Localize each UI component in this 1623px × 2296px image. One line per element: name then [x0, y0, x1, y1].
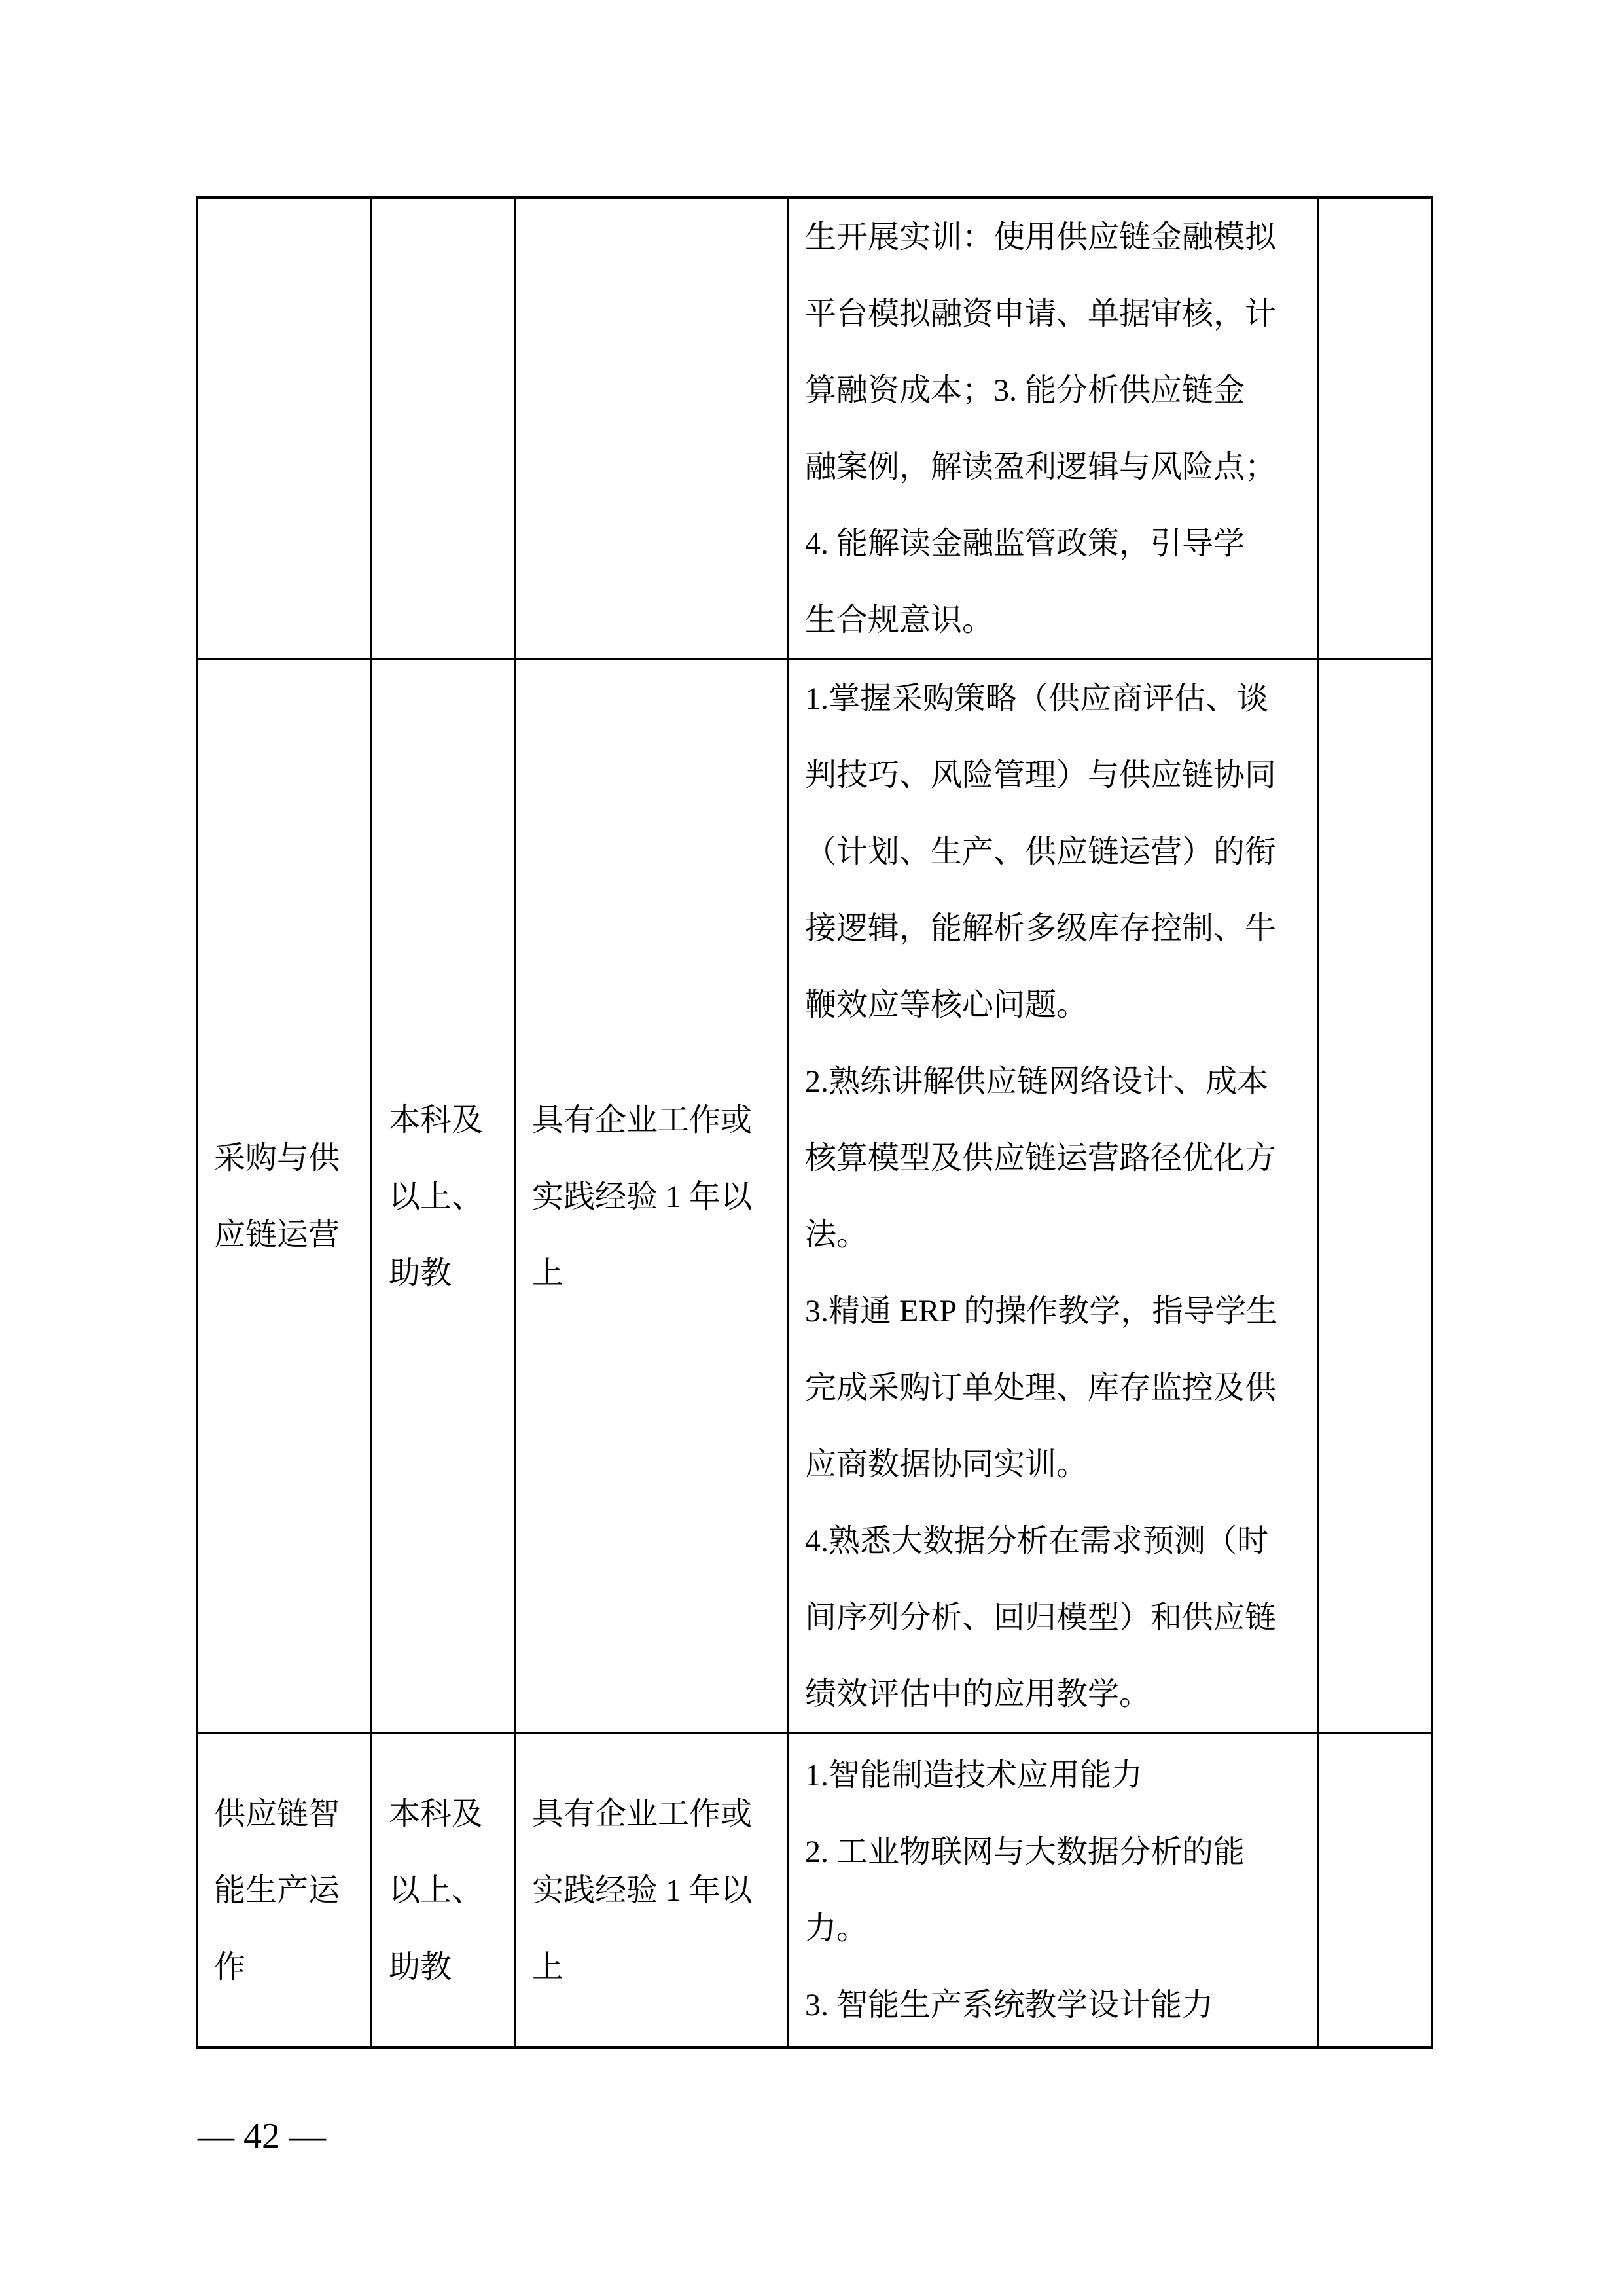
recruitment-positions-table: 生开展实训：使用供应链金融模拟 平台模拟融资申请、单据审核，计 算融资成本；3.…	[196, 196, 1433, 2049]
position-text: 供应链智 能生产运 作	[214, 1776, 354, 2005]
table-row: 生开展实训：使用供应链金融模拟 平台模拟融资申请、单据审核，计 算融资成本；3.…	[197, 198, 1433, 660]
cell-position	[197, 198, 372, 660]
cell-rank: 本科及 以上、 助教	[372, 1734, 515, 2048]
cell-experience: 具有企业工作或 实践经验 1 年以 上	[515, 660, 788, 1734]
requirements-text: 1.掌握采购策略（供应商评估、谈 判技巧、风险管理）与供应链协同 （计划、生产、…	[805, 660, 1300, 1732]
cell-experience	[515, 198, 788, 660]
cell-rank: 本科及 以上、 助教	[372, 660, 515, 1734]
rank-text: 本科及 以上、 助教	[389, 1776, 497, 2005]
requirements-text: 生开展实训：使用供应链金融模拟 平台模拟融资申请、单据审核，计 算融资成本；3.…	[805, 199, 1300, 658]
position-text: 采购与供 应链运营	[214, 1120, 354, 1273]
cell-note	[1318, 1734, 1433, 2048]
cell-requirements: 1.智能制造技术应用能力 2. 工业物联网与大数据分析的能 力。 3. 智能生产…	[788, 1734, 1318, 2048]
cell-note	[1318, 660, 1433, 1734]
cell-experience: 具有企业工作或 实践经验 1 年以 上	[515, 1734, 788, 2048]
table-row: 供应链智 能生产运 作 本科及 以上、 助教 具有企业工作或 实践经验 1 年以…	[197, 1734, 1433, 2048]
document-page: 生开展实训：使用供应链金融模拟 平台模拟融资申请、单据审核，计 算融资成本；3.…	[0, 0, 1623, 2296]
cell-note	[1318, 198, 1433, 660]
rank-text: 本科及 以上、 助教	[389, 1082, 497, 1312]
cell-requirements: 生开展实训：使用供应链金融模拟 平台模拟融资申请、单据审核，计 算融资成本；3.…	[788, 198, 1318, 660]
requirements-text: 1.智能制造技术应用能力 2. 工业物联网与大数据分析的能 力。 3. 智能生产…	[805, 1737, 1300, 2043]
experience-text: 具有企业工作或 实践经验 1 年以 上	[532, 1776, 770, 2005]
experience-text: 具有企业工作或 实践经验 1 年以 上	[532, 1082, 770, 1312]
cell-rank	[372, 198, 515, 660]
cell-position: 采购与供 应链运营	[197, 660, 372, 1734]
cell-position: 供应链智 能生产运 作	[197, 1734, 372, 2048]
page-number: — 42 —	[180, 2115, 344, 2157]
cell-requirements: 1.掌握采购策略（供应商评估、谈 判技巧、风险管理）与供应链协同 （计划、生产、…	[788, 660, 1318, 1734]
table-row: 采购与供 应链运营 本科及 以上、 助教 具有企业工作或 实践经验 1 年以 上…	[197, 660, 1433, 1734]
